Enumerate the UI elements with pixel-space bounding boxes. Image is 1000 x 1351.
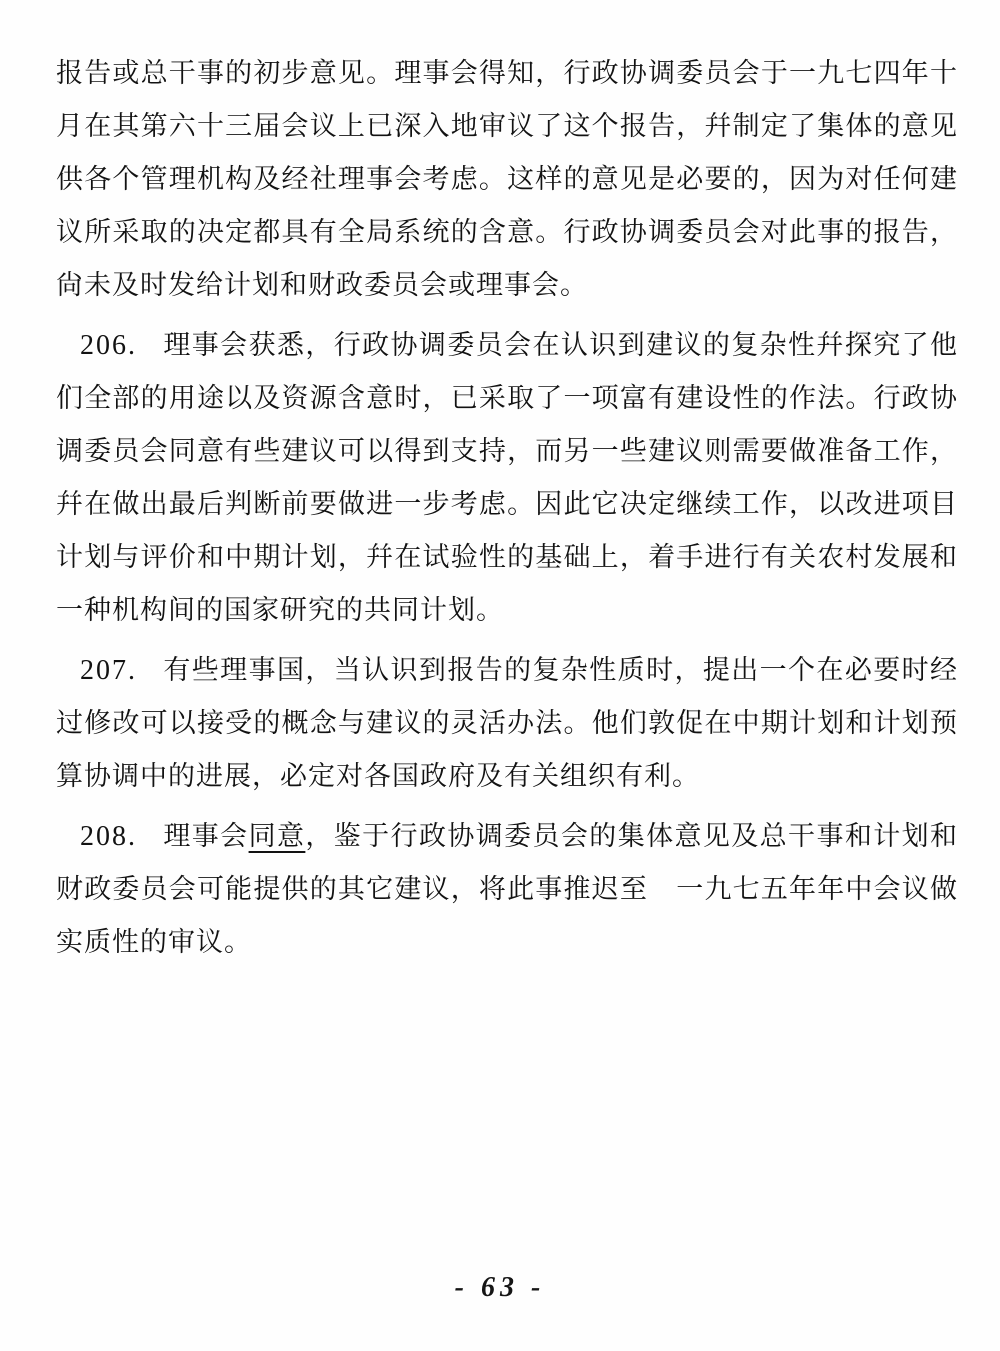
paragraph-206: 206.理事会获悉，行政协调委员会在认识到建议的复杂性幷探究了他们全部的用途以及…	[56, 319, 958, 637]
paragraph-continuation: 报告或总干事的初步意见。理事会得知，行政协调委员会于一九七四年十月在其第六十三届…	[56, 47, 958, 312]
paragraph-number: 206.	[68, 319, 137, 372]
paragraph-text: 有些理事国，当认识到报告的复杂性质时，提出一个在必要时经过修改可以接受的概念与建…	[56, 655, 958, 791]
paragraph-text: 理事会获悉，行政协调委员会在认识到建议的复杂性幷探究了他们全部的用途以及资源含意…	[56, 330, 958, 625]
page-number: - 63 -	[0, 1272, 1000, 1304]
paragraph-number: 207.	[68, 644, 137, 697]
paragraph-text: 报告或总干事的初步意见。理事会得知，行政协调委员会于一九七四年十月在其第六十三届…	[56, 58, 958, 300]
paragraph-number: 208.	[68, 810, 137, 863]
paragraph-text-lead: 理事会	[163, 821, 249, 851]
document-body: 报告或总干事的初步意见。理事会得知，行政协调委员会于一九七四年十月在其第六十三届…	[56, 47, 958, 969]
underlined-term: 同意	[249, 821, 306, 851]
scanned-document-page: 报告或总干事的初步意见。理事会得知，行政协调委员会于一九七四年十月在其第六十三届…	[0, 0, 1000, 1351]
paragraph-207: 207.有些理事国，当认识到报告的复杂性质时，提出一个在必要时经过修改可以接受的…	[56, 644, 958, 803]
paragraph-208: 208.理事会同意，鉴于行政协调委员会的集体意见及总干事和计划和财政委员会可能提…	[56, 810, 958, 969]
